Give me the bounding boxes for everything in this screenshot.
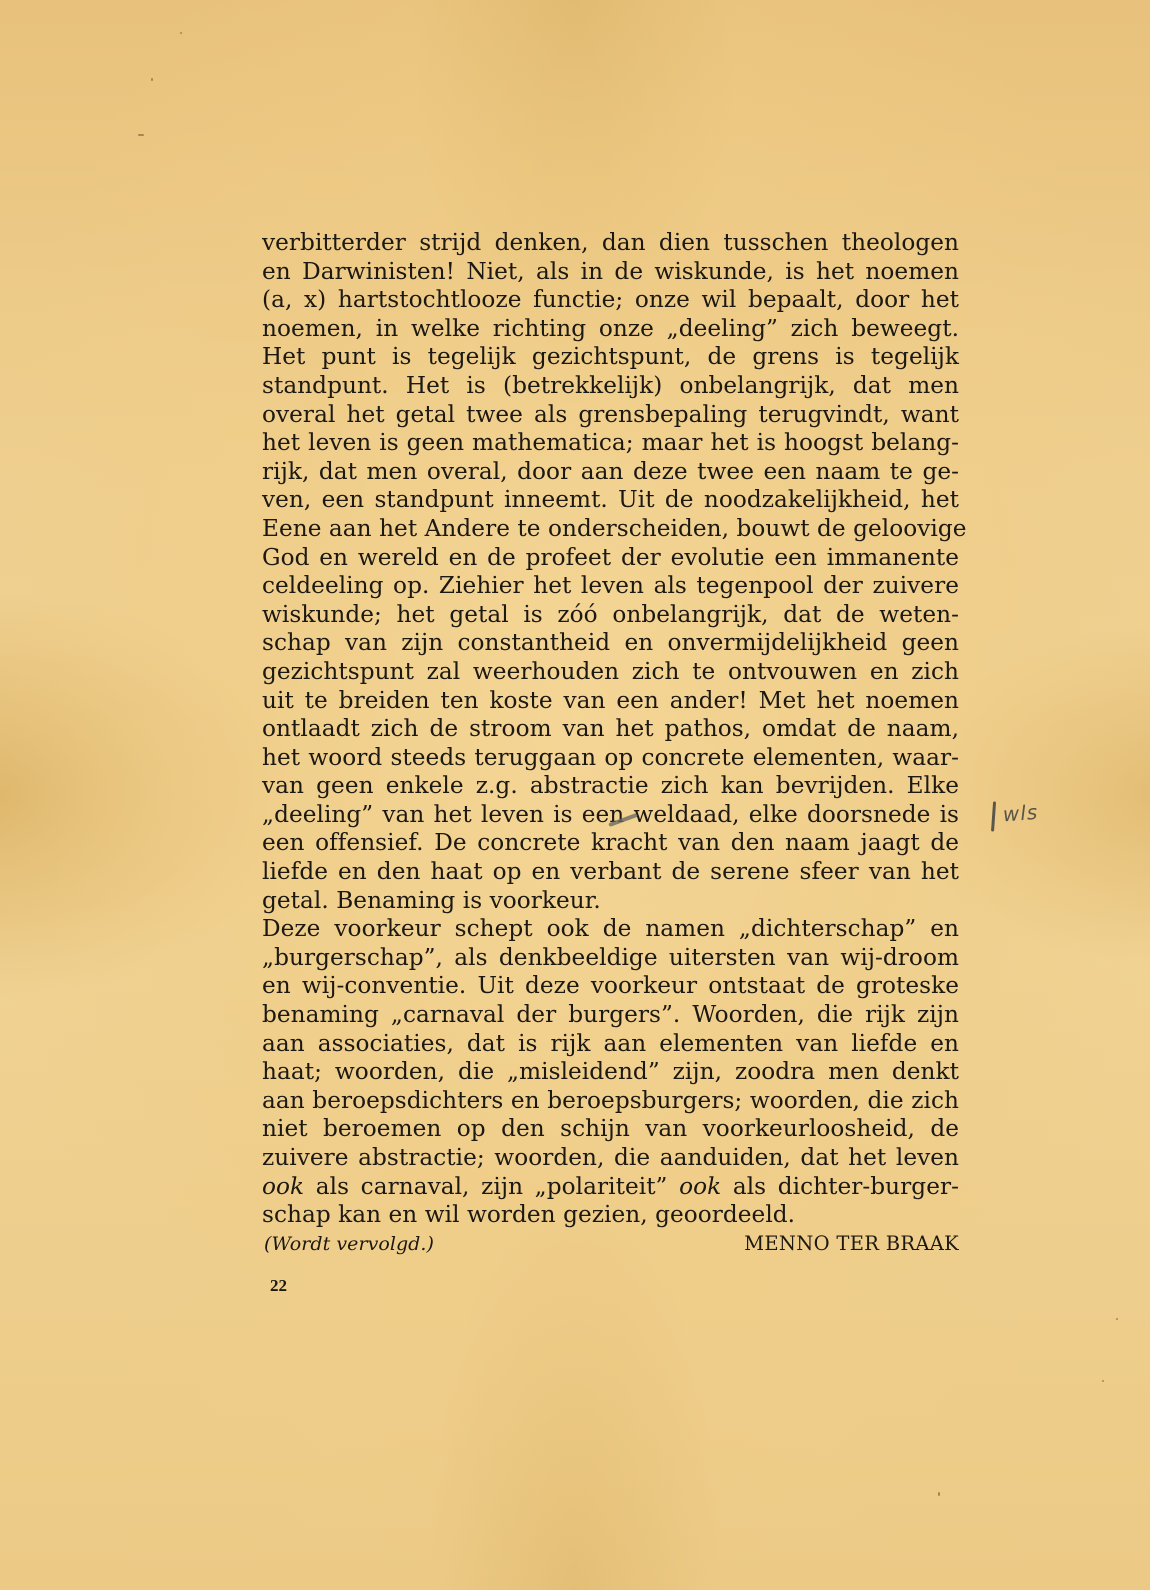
- body-line: zuivere abstractie; woorden, die aanduid…: [262, 1144, 959, 1173]
- page-number: 22: [270, 1276, 287, 1296]
- body-line: het leven is geen mathematica; maar het …: [262, 429, 959, 458]
- body-line: gezichtspunt zal weerhouden zich te ontv…: [262, 658, 959, 687]
- body-line: aan beroepsdichters en beroepsburgers; w…: [262, 1087, 959, 1116]
- emphasis-ook: ook: [679, 1173, 721, 1200]
- paper-speck: [138, 134, 144, 136]
- body-line: niet beroemen op den schijn van voorkeur…: [262, 1115, 959, 1144]
- body-line: overal het getal twee als grensbepaling …: [262, 401, 959, 430]
- body-line: celdeeling op. Ziehier het leven als teg…: [262, 572, 959, 601]
- text-run: als dichter-burger-: [721, 1173, 959, 1200]
- body-line: God en wereld en de profeet der evolutie…: [262, 544, 959, 573]
- body-line: een offensief. De concrete kracht van de…: [262, 829, 959, 858]
- body-line: het woord steeds teruggaan op concrete e…: [262, 744, 959, 773]
- body-line: verbitterder strijd denken, dan dien tus…: [262, 229, 959, 258]
- body-line: benaming „carnaval der burgers”. Woorden…: [262, 1001, 959, 1030]
- body-line: en Darwinisten! Niet, als in de wiskunde…: [262, 258, 959, 287]
- paragraph-end-line: getal. Benaming is voorkeur.: [262, 887, 959, 916]
- paper-speck: [151, 78, 153, 81]
- margin-annotation: wls: [991, 798, 1039, 831]
- margin-note-text: wls: [1002, 800, 1039, 826]
- body-line: en wij-conventie. Uit deze voorkeur onts…: [262, 972, 959, 1001]
- body-line: Eene aan het Andere te onderscheiden, bo…: [262, 515, 959, 544]
- body-line: van geen enkele z.g. abstractie zich kan…: [262, 772, 959, 801]
- body-line: uit te breiden ten koste van een ander! …: [262, 687, 959, 716]
- author-signature: MENNO TER BRAAK: [744, 1230, 959, 1259]
- text-run: als carnaval, zijn „polariteit”: [304, 1173, 679, 1200]
- body-line: aan associaties, dat is rijk aan element…: [262, 1030, 959, 1059]
- paper-speck: [1116, 1318, 1118, 1320]
- body-line: noemen, in welke richting onze „deeling”…: [262, 315, 959, 344]
- body-line: ontlaadt zich de stroom van het pathos, …: [262, 715, 959, 744]
- article-footer: (Wordt vervolgd.) MENNO TER BRAAK: [262, 1230, 959, 1259]
- paper-speck: [180, 32, 182, 34]
- body-line: haat; woorden, die „misleidend” zijn, zo…: [262, 1058, 959, 1087]
- body-line: Het punt is tegelijk gezichtspunt, de gr…: [262, 343, 959, 372]
- body-line: (a, x) hartstochtlooze functie; onze wil…: [262, 286, 959, 315]
- article-body: verbitterder strijd denken, dan dien tus…: [262, 229, 959, 1258]
- body-line: Deze voorkeur schept ook de namen „dicht…: [262, 915, 959, 944]
- body-line: rijk, dat men overal, door aan deze twee…: [262, 458, 959, 487]
- continued-note: (Wordt vervolgd.): [264, 1230, 434, 1259]
- body-line-mixed: ook als carnaval, zijn „polariteit” ook …: [262, 1173, 959, 1202]
- paper-speck: [938, 1492, 940, 1496]
- emphasis-ook: ook: [262, 1173, 304, 1200]
- paragraph-end-line: schap kan en wil worden gezien, geoordee…: [262, 1201, 959, 1230]
- paper-speck: [1102, 1380, 1104, 1382]
- margin-bar-mark: [991, 801, 996, 831]
- body-line: schap van zijn constantheid en onvermijd…: [262, 629, 959, 658]
- body-line: liefde en den haat op en verbant de sere…: [262, 858, 959, 887]
- body-line: wiskunde; het getal is zóó onbelangrijk,…: [262, 601, 959, 630]
- body-line: standpunt. Het is (betrekkelijk) onbelan…: [262, 372, 959, 401]
- body-line: „burgerschap”, als denkbeeldige uiterste…: [262, 944, 959, 973]
- body-line: ven, een standpunt inneemt. Uit de noodz…: [262, 486, 959, 515]
